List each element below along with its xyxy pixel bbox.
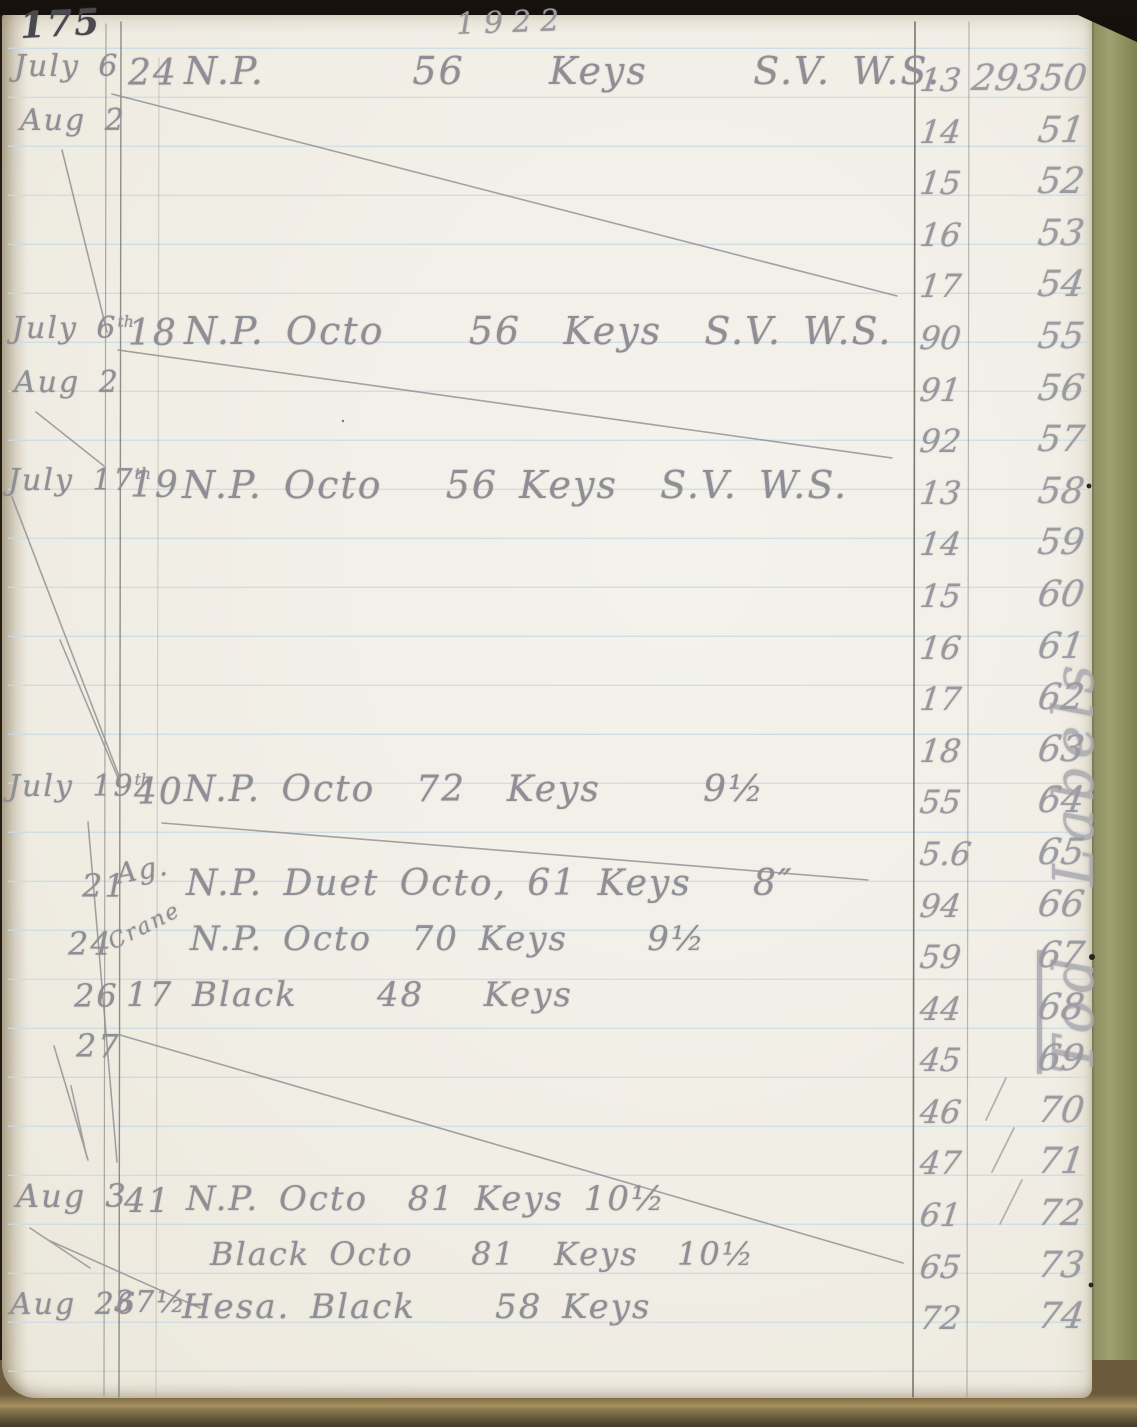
entry-date: 26 (74, 980, 119, 1012)
entry-desc: Black 48 Keys (192, 978, 573, 1012)
serial-cell: 29350 (968, 53, 1087, 105)
entry-qty: 17 (126, 978, 173, 1012)
page-number: 175 (19, 4, 102, 44)
entry-date-text: July 19 (8, 769, 135, 804)
entry-desc: N.P. Duet Octo, 61 Keys 8″ (186, 866, 793, 902)
entry-qty: 40 (134, 775, 184, 811)
entry-date: July 6 (14, 52, 120, 82)
serial-cell: 69 (968, 1033, 1087, 1085)
entry-desc: N.P. Octo 70 Keys 9½ (190, 922, 706, 956)
serial-cell: 15 (917, 158, 971, 210)
serial-cell: 14 (917, 107, 971, 159)
book-edge-top (0, 0, 1137, 15)
serial-cell: 92 (917, 416, 971, 468)
serial-column-primary: 13 14 15 16 17 90 91 92 13 14 15 16 17 1… (920, 55, 968, 1345)
entry-date: Aug 3 (16, 1180, 128, 1212)
serial-cell: 61 (917, 1190, 971, 1242)
entry-date: July 19th (8, 772, 151, 802)
serial-cell: 13 (917, 468, 971, 520)
entry-qty: 37½ (114, 1288, 187, 1318)
serial-cell: 59 (968, 517, 1087, 569)
serial-cell: 15 (917, 571, 971, 623)
serial-cell: 90 (917, 313, 971, 365)
entry-qty: 18 (128, 316, 178, 352)
serial-cell: 16 (917, 623, 971, 675)
entry-date: July 6th (12, 314, 134, 344)
entry-desc: N.P. Octo 56 Keys S.V. W.S. (184, 312, 892, 350)
serial-cell: 71 (968, 1136, 1087, 1188)
serial-cell: 65 (917, 1242, 971, 1294)
serial-cell: 73 (968, 1240, 1087, 1292)
serial-cell: 94 (917, 881, 971, 933)
serial-cell: 66 (968, 879, 1087, 931)
entry-qty: 24 (128, 56, 178, 92)
serial-cell: 65 (968, 827, 1087, 879)
serial-cell: 17 (917, 261, 971, 313)
serial-cell: 61 (968, 621, 1087, 673)
entry-date-text: July 6 (12, 311, 118, 346)
serial-cell: 44 (917, 984, 971, 1036)
serial-cell: 57 (968, 414, 1087, 466)
serial-cell: 67 (968, 930, 1087, 982)
serial-column-secondary: 29350 51 52 53 54 55 56 57 58 59 60 61 6… (972, 53, 1084, 1343)
entry-date-text: July 6 (14, 49, 120, 84)
serial-cell: 56 (968, 363, 1087, 415)
ledger-page-scan: 175 1922 July 6 24 N.P. 56 Keys S.V. W.S… (0, 0, 1137, 1427)
entry-sub-date: Aug 2 (20, 106, 126, 136)
entry-desc: N.P. 56 Keys S.V. W.S. (184, 52, 941, 90)
serial-cell: 52 (968, 156, 1087, 208)
serial-cell: 45 (917, 1035, 971, 1087)
entry-qty: 19 (130, 468, 180, 504)
serial-cell: 55 (917, 777, 971, 829)
serial-cell: 72 (917, 1293, 971, 1345)
serial-cell: 60 (968, 569, 1087, 621)
serial-cell: 18 (917, 726, 971, 778)
serial-cell: 46 (917, 1087, 971, 1139)
serial-cell: 62 (968, 672, 1087, 724)
entry-desc: N.P. Octo 56 Keys S.V. W.S. (182, 466, 848, 504)
entry-date-text: July 17 (8, 463, 135, 498)
year-heading: 1922 (456, 6, 569, 40)
serial-cell: 17 (917, 674, 971, 726)
serial-cell: 72 (968, 1188, 1087, 1240)
serial-cell: 51 (968, 105, 1087, 157)
entry-qty: 41 (124, 1184, 171, 1218)
serial-cell: 68 (968, 982, 1087, 1034)
serial-cell: 54 (968, 259, 1087, 311)
serial-cell: 64 (968, 775, 1087, 827)
entry-desc: N.P. Octo 72 Keys 9½ (184, 772, 765, 808)
serial-cell: 16 (917, 210, 971, 262)
entry-date: 27 (76, 1030, 121, 1062)
entry-sub-date: Aug 2 (14, 368, 120, 398)
entry-desc: N.P. Octo 81 Keys 10½ (186, 1182, 666, 1216)
serial-cell: 14 (917, 519, 971, 571)
serial-cell: 70 (968, 1085, 1087, 1137)
serial-cell: 53 (968, 208, 1087, 260)
serial-cell: 13 (917, 55, 971, 107)
serial-cell: 63 (968, 724, 1087, 776)
serial-cell: 47 (917, 1138, 971, 1190)
serial-cell: 58 (968, 466, 1087, 518)
serial-cell: 5.6 (917, 829, 971, 881)
entry-desc: Black Octo 81 Keys 10½ (210, 1238, 755, 1270)
serial-cell: 74 (968, 1291, 1087, 1343)
serial-cell: 91 (917, 365, 971, 417)
entry-desc: Hesa. Black 58 Keys (182, 1290, 651, 1324)
serial-cell: 59 (917, 932, 971, 984)
serial-cell: 55 (968, 311, 1087, 363)
